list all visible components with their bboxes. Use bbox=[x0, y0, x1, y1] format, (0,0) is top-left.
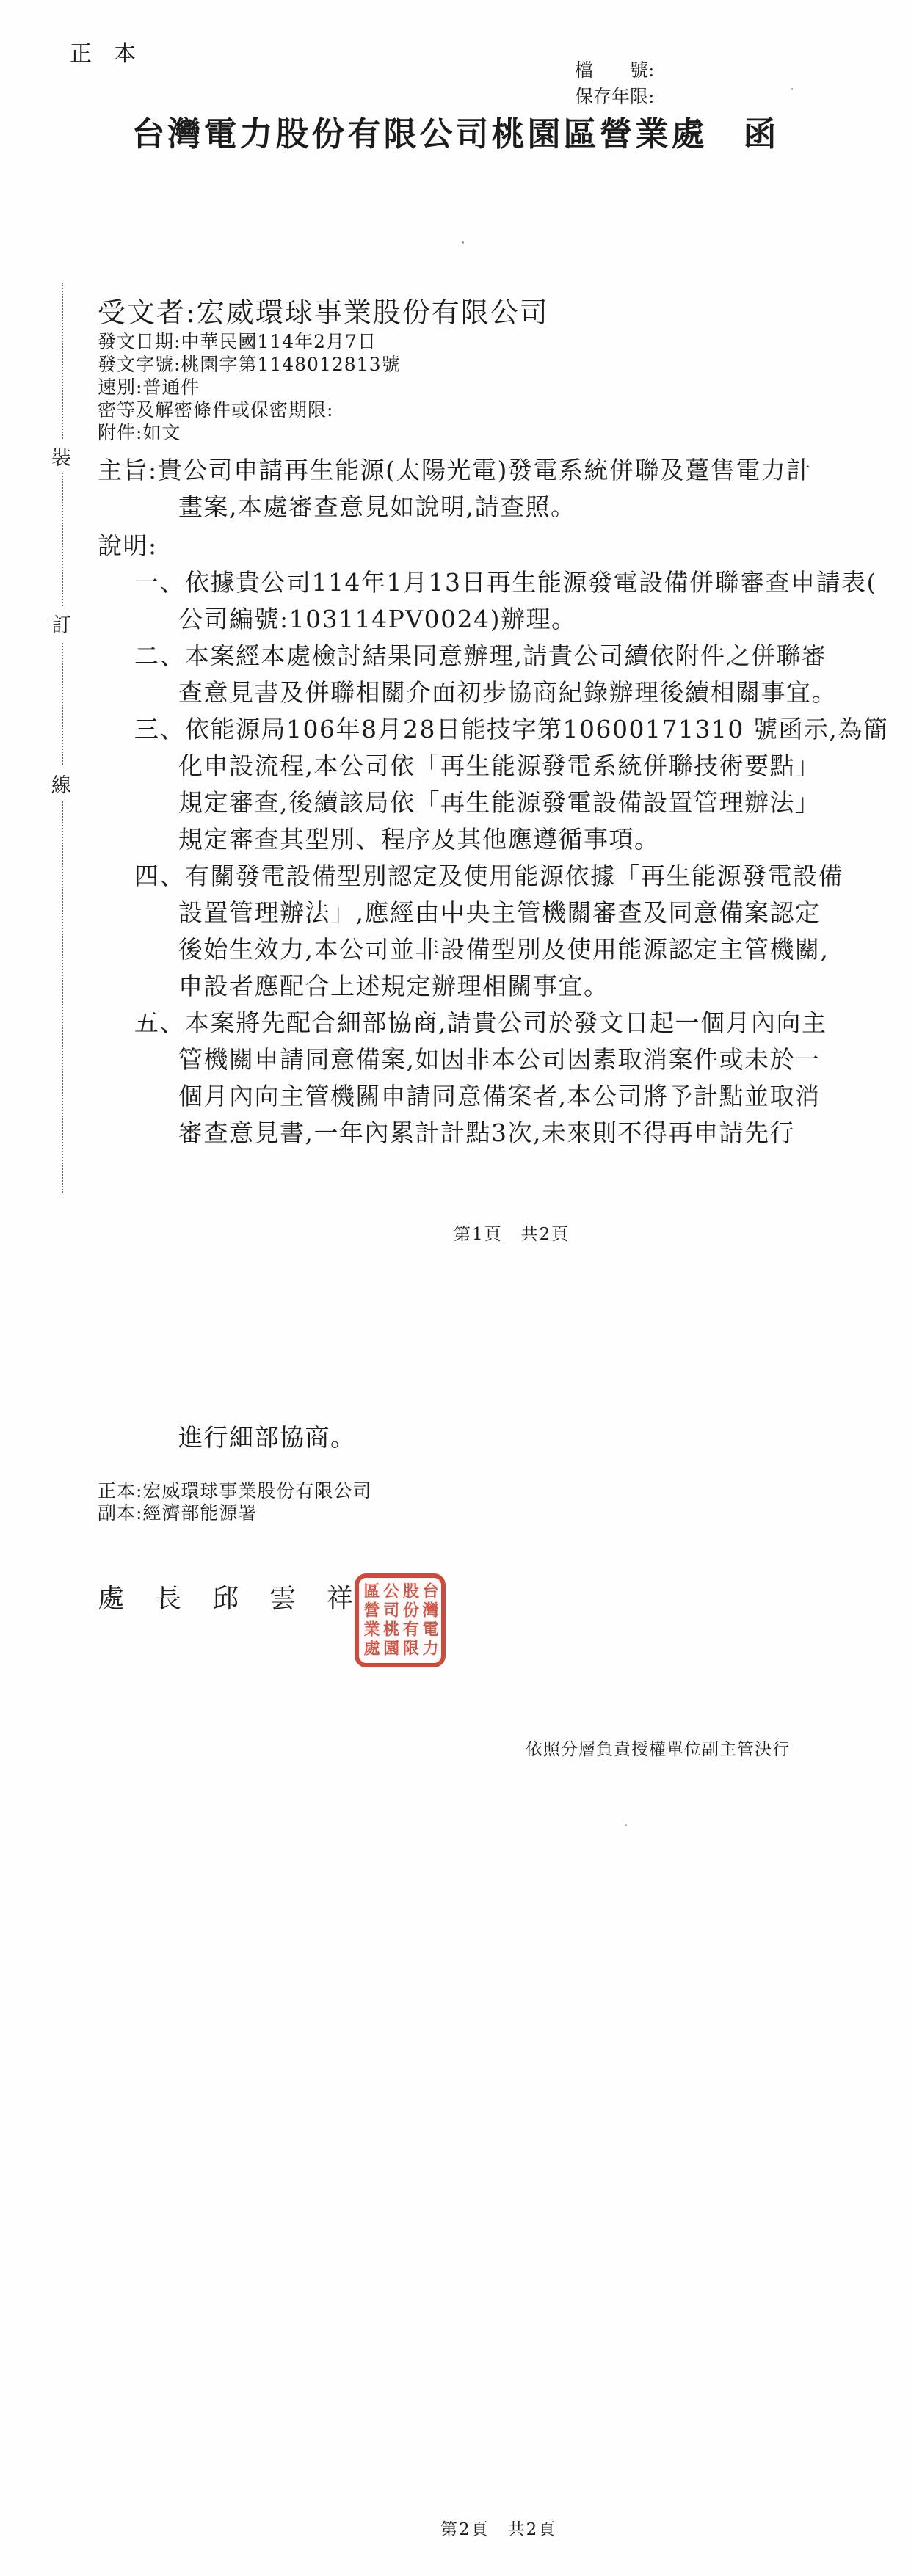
retention-period-label: 保存年限: bbox=[575, 82, 654, 109]
binding-mark-ding: 訂 bbox=[51, 606, 71, 641]
item-5-line-3: 個月內向主管機關申請同意備案者,本公司將予計點並取消 bbox=[178, 1077, 821, 1112]
copy-type-label: 正 本 bbox=[70, 35, 136, 68]
binding-mark-zhuang: 裝 bbox=[51, 439, 71, 473]
item-3-line-4: 規定審查其型別、程序及其他應遵循事項。 bbox=[178, 821, 660, 855]
item-4-line-4: 申設者應配合上述規定辦理相關事宜。 bbox=[178, 967, 609, 1002]
item-1-line-1: 一、依據貴公司114年1月13日再生能源發電設備併聯審查申請表( bbox=[134, 564, 877, 598]
scan-speck bbox=[625, 1824, 627, 1826]
item-2-line-2: 查意見書及併聯相關介面初步協商紀錄辦理後續相關事宜。 bbox=[178, 674, 837, 708]
binding-mark-xian: 線 bbox=[51, 766, 71, 801]
item-3-line-1: 三、依能源局106年8月28日能技字第10600171310 號函示,為簡 bbox=[134, 710, 888, 745]
delegated-authority-note: 依照分層負責授權單位副主管決行 bbox=[526, 1736, 790, 1760]
explanation-label: 說明: bbox=[98, 527, 158, 561]
seal-text-column-2: 股份有限 bbox=[402, 1582, 418, 1659]
seal-text-column-4: 區營業處 bbox=[363, 1582, 379, 1659]
scan-speck bbox=[462, 241, 464, 244]
item-5-line-2: 管機關申請同意備案,如因非本公司因素取消案件或未於一 bbox=[178, 1041, 821, 1075]
official-red-seal: 台灣電力 股份有限 公司桃園 區營業處 bbox=[355, 1573, 446, 1667]
director-signature-line: 處 長 邱 雲 祥 bbox=[98, 1578, 355, 1615]
item-4-line-1: 四、有關發電設備型別認定及使用能源依據「再生能源發電設備 bbox=[134, 857, 843, 892]
item-5-line-1: 五、本案將先配合細部協商,請貴公司於發文日起一個月內向主 bbox=[134, 1004, 827, 1038]
scan-speck bbox=[791, 88, 793, 90]
attachment-line: 附件:如文 bbox=[98, 418, 181, 445]
subject-line-2: 畫案,本處審查意見如說明,請查照。 bbox=[178, 488, 576, 523]
item-3-line-3: 規定審查,後續該局依「再生能源發電設備設置管理辦法」 bbox=[178, 784, 821, 818]
file-number-label: 檔 號: bbox=[575, 56, 654, 82]
item-3-line-2: 化申設流程,本公司依「再生能源發電系統併聯技術要點」 bbox=[178, 747, 821, 782]
page1-footer: 第1頁 共2頁 bbox=[454, 1220, 570, 1245]
item-2-line-1: 二、本案經本處檢討結果同意辦理,請貴公司續依附件之併聯審 bbox=[134, 637, 827, 672]
seal-text-column-1: 台灣電力 bbox=[421, 1582, 438, 1659]
scanned-letter-page: 正 本 檔 號: 保存年限: 台灣電力股份有限公司桃園區營業處 函 裝 訂 線 … bbox=[0, 0, 911, 2576]
subject-line-1: 主旨:貴公司申請再生能源(太陽光電)發電系統併聯及躉售電力計 bbox=[98, 451, 812, 486]
recipient-line: 受文者:宏威環球事業股份有限公司 bbox=[98, 290, 549, 330]
item-4-line-3: 後始生效力,本公司並非設備型別及使用能源認定主管機關, bbox=[178, 931, 829, 965]
carbon-copy-to-line: 副本:經濟部能源署 bbox=[98, 1499, 257, 1525]
item-1-line-2: 公司編號:103114PV0024)辦理。 bbox=[178, 600, 576, 635]
item-5-continuation-line: 進行細部協商。 bbox=[178, 1419, 356, 1453]
scan-speck bbox=[651, 1025, 653, 1026]
binding-dotted-line bbox=[62, 283, 63, 1193]
seal-text-column-3: 公司桃園 bbox=[382, 1582, 399, 1659]
page2-footer: 第2頁 共2頁 bbox=[440, 2516, 556, 2540]
item-5-line-4: 審查意見書,一年內累計計點3次,未來則不得再申請先行 bbox=[178, 1114, 795, 1149]
document-title: 台灣電力股份有限公司桃園區營業處 函 bbox=[0, 107, 911, 155]
item-4-line-2: 設置管理辦法」,應經由中央主管機關審查及同意備案認定 bbox=[178, 894, 821, 928]
